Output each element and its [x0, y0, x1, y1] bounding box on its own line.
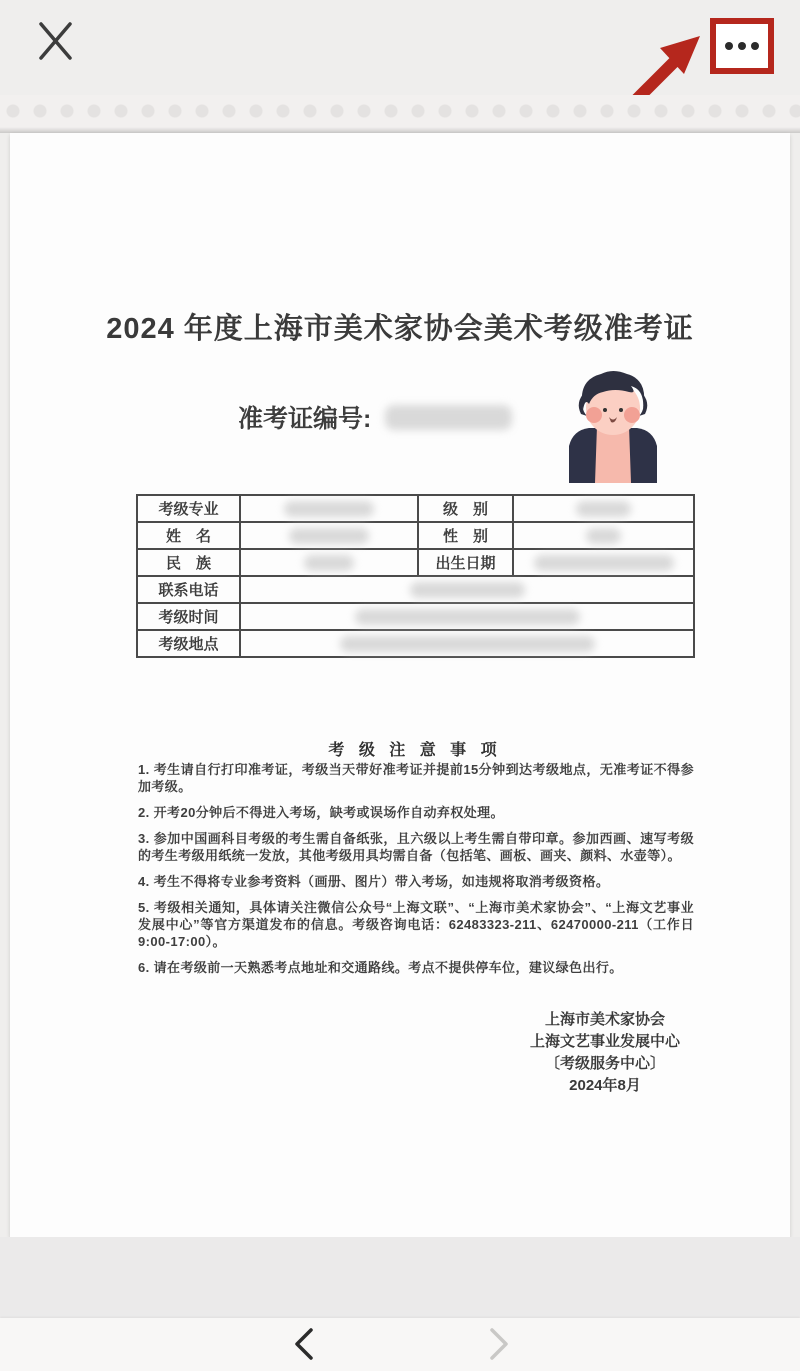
signature-line: 上海市美术家协会	[430, 1009, 780, 1031]
chevron-right-icon	[487, 1349, 511, 1364]
lower-gray-area	[0, 1237, 800, 1318]
more-options-button[interactable]	[710, 18, 774, 74]
chevron-left-icon	[292, 1349, 316, 1364]
field-value-ethnicity	[240, 549, 418, 576]
signature-line: 2024年8月	[430, 1075, 780, 1097]
notes-title: 考 级 注 意 事 项	[136, 737, 694, 760]
field-label-birthdate: 出生日期	[418, 549, 513, 576]
more-icon	[738, 42, 746, 50]
note-item: 3. 参加中国画科目考级的考生需自备纸张，且六级以上考生需自带印章。参加西画、速…	[138, 830, 694, 864]
field-value-name	[240, 522, 418, 549]
document-title: 2024 年度上海市美术家协会美术考级准考证	[10, 306, 790, 347]
field-value-exam-location	[240, 630, 694, 657]
field-label-exam-location: 考级地点	[137, 630, 240, 657]
ticket-number-label: 准考证编号:	[238, 399, 371, 435]
field-value-birthdate	[513, 549, 694, 576]
table-row: 联系电话	[137, 576, 694, 603]
table-row: 考级专业 级 别	[137, 495, 694, 522]
field-label-name: 姓 名	[137, 522, 240, 549]
table-row: 考级地点	[137, 630, 694, 657]
field-value-exam-time	[240, 603, 694, 630]
field-label-phone: 联系电话	[137, 576, 240, 603]
info-table: 考级专业 级 别 姓 名 性 别 民 族 出生日期 联系电话	[136, 494, 695, 658]
bottom-nav-bar	[0, 1318, 800, 1371]
ticket-number-redacted	[385, 405, 512, 430]
table-row: 姓 名 性 别	[137, 522, 694, 549]
field-value-level	[513, 495, 694, 522]
next-page-button[interactable]	[477, 1324, 521, 1366]
more-icon	[725, 42, 733, 50]
avatar	[563, 368, 663, 483]
note-item: 6. 请在考级前一天熟悉考点地址和交通路线。考点不提供停车位，建议绿色出行。	[138, 959, 694, 976]
note-item: 2. 开考20分钟后不得进入考场，缺考或误场作自动弃权处理。	[138, 804, 694, 821]
field-value-subject	[240, 495, 418, 522]
prev-page-button[interactable]	[282, 1324, 326, 1366]
document-page: 2024 年度上海市美术家协会美术考级准考证 准考证编号:	[10, 133, 790, 1237]
top-bar	[0, 0, 800, 95]
screen: 2024 年度上海市美术家协会美术考级准考证 准考证编号:	[0, 0, 800, 1371]
more-icon	[751, 42, 759, 50]
redacted-value	[340, 636, 595, 652]
field-value-phone	[240, 576, 694, 603]
signature-line: 上海文艺事业发展中心	[430, 1031, 780, 1053]
field-label-subject: 考级专业	[137, 495, 240, 522]
signature-line: 〔考级服务中心〕	[430, 1053, 780, 1075]
redacted-value	[304, 555, 354, 571]
table-row: 考级时间	[137, 603, 694, 630]
note-item: 4. 考生不得将专业参考资料（画册、图片）带入考场，如违规将取消考级资格。	[138, 873, 694, 890]
redacted-value	[284, 501, 374, 517]
field-value-gender	[513, 522, 694, 549]
redacted-value	[355, 609, 580, 625]
binding-strip	[0, 95, 800, 133]
redacted-value	[576, 501, 631, 517]
signature-block: 上海市美术家协会 上海文艺事业发展中心 〔考级服务中心〕 2024年8月	[430, 1009, 780, 1097]
table-row: 民 族 出生日期	[137, 549, 694, 576]
redacted-value	[289, 528, 369, 544]
notes-list: 1. 考生请自行打印准考证，考级当天带好准考证并提前15分钟到达考级地点，无准考…	[138, 761, 694, 985]
field-label-gender: 性 别	[418, 522, 513, 549]
field-label-level: 级 别	[418, 495, 513, 522]
note-item: 5. 考级相关通知，具体请关注微信公众号“上海文联”、“上海市美术家协会”、“上…	[138, 899, 694, 950]
redacted-value	[586, 528, 621, 544]
redacted-value	[410, 582, 525, 598]
note-item: 1. 考生请自行打印准考证，考级当天带好准考证并提前15分钟到达考级地点，无准考…	[138, 761, 694, 795]
redacted-value	[534, 555, 674, 571]
field-label-exam-time: 考级时间	[137, 603, 240, 630]
field-label-ethnicity: 民 族	[137, 549, 240, 576]
close-button[interactable]	[34, 18, 78, 62]
close-icon	[36, 50, 76, 65]
